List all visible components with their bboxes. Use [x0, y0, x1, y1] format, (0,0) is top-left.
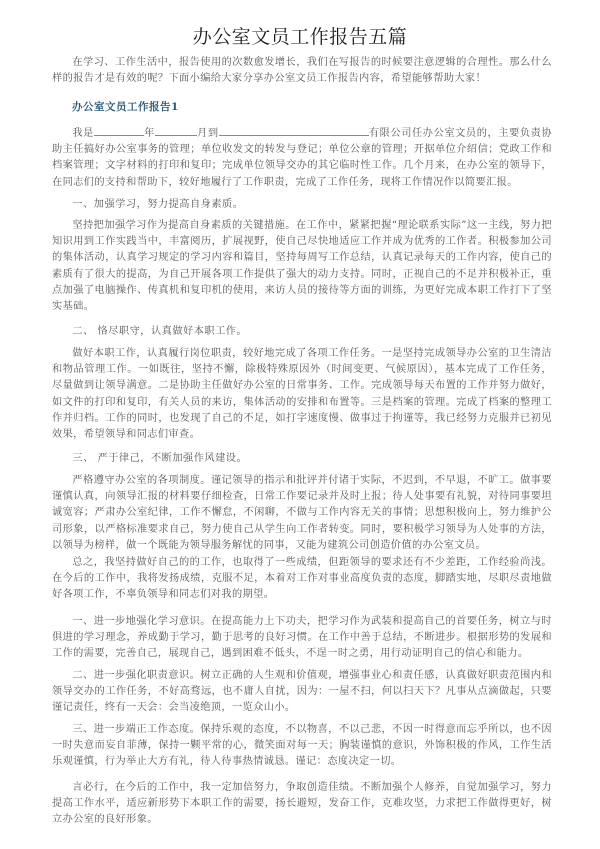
- section-body-3: 严格遵守办公室的各项制度。谨记领导的指示和批评并付诸于实际，不迟到，不早退，不旷…: [52, 473, 552, 554]
- summary-paragraph: 总之，我坚持做好自己的的工作，也取得了一些成绩，但距领导的要求还有不少差距，工作…: [52, 555, 552, 604]
- plan-paragraph-1: 一、进一步地强化学习意识。在提高能力上下功夫，把学习作为武装和提高自己的首要任务…: [52, 614, 552, 663]
- opening-rest: 有限公司任办公室文员的，主要负责协助主任搞好办公室事务的管理；单位收发文的转发与…: [52, 128, 552, 188]
- section-body-1: 坚持把加强学习作为提高自身素质的关键措施。在工作中，紧紧把握“理论联系实际”这一…: [52, 218, 552, 315]
- intro-paragraph: 在学习、工作生活中，报告使用的次数愈发增长，我们在写报告的时候要注意逻辑的合理性…: [52, 55, 552, 87]
- section-body-2: 做好本职工作，认真履行岗位职责，较好地完成了各项工作任务。一是坚持完成领导办公室…: [52, 346, 552, 443]
- section-heading-2: 二、 恪尽职守，认真做好本职工作。: [52, 322, 552, 337]
- section-heading-1: 一、加强学习，努力提高自身素质。: [52, 195, 552, 210]
- opening-month-label: 月到: [197, 128, 219, 139]
- plan-paragraph-2: 二、进一步强化职责意识。树立正确的人生观和价值观，增强事业心和责任感，认真做好职…: [52, 668, 552, 717]
- blank-company-field: [219, 125, 369, 136]
- blank-month-field: [155, 125, 197, 136]
- opening-prefix: 我是: [72, 128, 94, 139]
- document-title: 办公室文员工作报告五篇: [0, 22, 600, 49]
- closing-paragraph: 言必行，在今后的工作中，我一定加倍努力，争取创造佳绩。不断加强个人修养，自觉加强…: [52, 780, 552, 829]
- document-page: 办公室文员工作报告五篇 在学习、工作生活中，报告使用的次数愈发增长，我们在写报告…: [0, 0, 600, 849]
- report-heading: 办公室文员工作报告1: [72, 99, 179, 114]
- blank-year-field: [94, 125, 144, 136]
- section-heading-3: 三、 严于律己，不断加强作风建设。: [52, 449, 552, 464]
- opening-year-label: 年: [144, 128, 155, 139]
- opening-paragraph: 我是年月到有限公司任办公室文员的，主要负责协助主任搞好办公室事务的管理；单位收发…: [52, 125, 552, 191]
- plan-paragraph-3: 三、进一步端正工作态度。保持乐观的态度，不以物喜，不以己悲，不因一时得意而忘乎所…: [52, 722, 552, 771]
